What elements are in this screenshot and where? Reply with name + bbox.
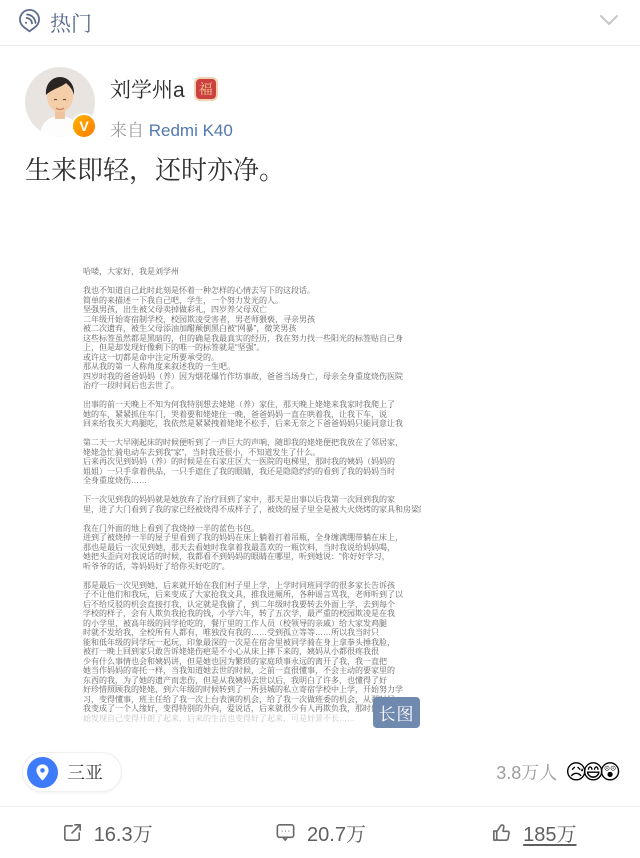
note-line [83,514,421,524]
note-line: 被二次遗弃，被生父母添油加醋颠倒黑白被“网暴”，微笑男孩 [83,324,421,334]
repost-icon [61,821,84,844]
chevron-down-icon[interactable] [594,9,624,36]
author-avatar[interactable]: V [25,67,95,137]
note-line: 上，但是却发现好像剩下的唯一的标签就是“坚强”。 [83,343,421,353]
note-line: 第二天一大早刚起床的时候便听到了一声巨大的声响，随即我的姥姥便把我放在了邻居家， [83,438,421,448]
note-line: 四岁时我的爸爸妈妈（养）因为烟花爆竹作坊事故，爸爸当场身亡，母亲全身重度烧伤医院 [83,372,421,382]
note-line: 姥姥急忙骑电动车去到我“家”，当时我还很小，不知道发生了什么。 [83,448,421,458]
note-line: 那是最后一次见到她，后来就开始在我们村子里上学，上学时同班同学的很多家长告诉孩 [83,581,421,591]
hot-location-icon [16,7,43,39]
reactions-count: 3.8万人 [496,759,557,785]
note-line: 始发现自己变得开朗了起来，后来的生活也变得好了起来，可是好景不长…… [83,714,421,724]
comment-icon [274,821,297,844]
author-block: 刘学州a 福 来自 Redmi K40 [110,74,233,141]
note-line: 哈喽，大家好，我是刘学州 [83,267,421,277]
source-prefix: 来自 [110,121,144,140]
note-line: 习，变得懂事，班主任给了我一次上台表演的机会，给了我一次做班委的机会，从那时候 [83,695,421,705]
location-pin-icon [27,757,58,788]
note-line: 里，进了大门看到了我的家已经被烧得不成样子了，被烧的屋子里全是被大火烧烤的家具和… [83,505,421,515]
note-line: 回来给我买大鸡腿吃，我依然是紧紧拽着姥姥不松手，后来无奈之下爸爸妈妈只能同意让我 [83,419,421,429]
note-text: 哈喽，大家好，我是刘学州我也不知道自己此时此刻是怀着一种怎样的心情去写下的这段话… [25,230,423,723]
note-line: 这些标签虽然都是黑暗的，但的确是我最真实的经历，我在努力找一些阳光的标签贴自己身 [83,334,421,344]
like-button[interactable]: 185万 [427,807,640,858]
note-line [83,486,421,496]
note-line: 好珍惜照顾我的姥姥，到六年级的时候转到了一所县城的私立寄宿学校中上学，开始努力学 [83,685,421,695]
note-line: 下一次见到我的妈妈就是她放弃了治疗回到了家中，那天是出事以后我第一次回到我的家 [83,495,421,505]
note-line: 后来再次见到妈妈（养）的时候是在石家庄区大一医院的电梯里，那时我的姨妈（妈妈的 [83,457,421,467]
note-line: 子不让他们和我玩，后来变成了大家抢我文具，推我进厕所，各种谣言骂我，老师听到了以 [83,590,421,600]
meta-row: 三亚 3.8万人 😥😄😲 [22,751,616,793]
repost-button[interactable]: 16.3万 [0,807,213,858]
post-long-image[interactable]: 哈喽，大家好，我是刘学州我也不知道自己此时此刻是怀着一种怎样的心情去写下的这段话… [25,230,423,731]
reactions-group[interactable]: 3.8万人 😥😄😲 [496,759,616,785]
note-line: 全身重度烧伤…… [83,476,421,486]
post-source: 来自 Redmi K40 [110,116,233,141]
laughing-emoji-icon: 😄 [582,761,599,784]
note-line: 坚强男孩，出生被父母卖掉做彩礼，四岁养父母双亡 [83,305,421,315]
repost-count: 16.3万 [94,818,153,847]
note-line: 后不给反驳的机会直接打我，认定就是我偷了，到二年级时我要转去外面上学，去到每个 [83,600,421,610]
location-pill[interactable]: 三亚 [22,752,122,792]
thumbs-up-icon [490,821,513,844]
note-line: 我在门外面的地上看到了我烧掉一半的蓝色书包。 [83,524,421,534]
post-text: 生来即轻，还时亦净。 [25,150,285,187]
action-bar: 16.3万 20.7万 185万 [0,807,640,858]
note-line: 我也不知道自己此时此刻是怀着一种怎样的心情去写下的这段话。 [83,286,421,296]
note-line: 少有什么事情也会和姨妈讲，但是她也因为繁琐的家庭琐事永远的离开了我，我一直把 [83,657,421,667]
note-line: 她的车，紧紧抓住车门，哭着要和姥姥住一晚，爸爸妈妈一直在哄着我，让我下车，说 [83,410,421,420]
note-line: 她当作妈妈的寄托一样，当我知道她去世的时候，之前一直很懂事，不会主动的要家里的 [83,666,421,676]
astonished-emoji-icon: 😲 [599,761,616,784]
note-line: 姐姐）一只手拿着供品，一只手遮住了我的眼睛，我还是隐隐约约的看到了我的妈妈当时 [83,467,421,477]
location-name: 三亚 [67,759,103,785]
note-line: 出事的前一天晚上不知为何我特别想去姥姥（养）家住，那天晚上姥姥来我家时我爬上了 [83,400,421,410]
note-line: 那从我的第一人称角度来叙述我的一生吧。 [83,362,421,372]
verified-icon: V [71,113,97,139]
sad-tear-emoji-icon: 😥 [565,761,582,784]
comment-count: 20.7万 [307,818,366,847]
note-line [83,571,421,581]
long-image-badge: 长图 [373,697,420,728]
author-name[interactable]: 刘学州a [110,74,185,104]
like-count: 185万 [523,818,576,847]
note-line: 时就不发给我，全校所有人都有，唯独没有我的……受到孤立等等……所以我当时只 [83,628,421,638]
note-line: 进到了被烧掉一半的屋子里看到了我的妈妈在床上躺着打着吊瓶，全身缠满绷带躺在床上， [83,533,421,543]
note-line: 的小学里，被高年级的同学抢吃的，餐厅里的工作人员（校领导的亲戚）给大家发鸡腿 [83,619,421,629]
top-bar: 热门 [0,0,640,46]
note-line: 治疗一段时间后也去世了。 [83,381,421,391]
reaction-emoji-icons: 😥😄😲 [565,760,616,785]
note-line: 二年级开始寄宿制学校，校园欺凌受害者，男老师猥亵，寻亲男孩 [83,315,421,325]
note-line [83,429,421,439]
note-line [83,391,421,401]
note-line: 或许这一切都是命中注定所要承受的。 [83,353,421,363]
note-line [83,277,421,287]
note-line: 听爷爷的话，等妈妈好了给你买好吃的”。 [83,562,421,572]
note-line: 东西的我，为了她的遗产而悲伤，但是从我姨妈去世以后，我明白了许多，也懂得了好 [83,676,421,686]
note-line: 能和低年级的同学玩一起玩，印象最深的一次是在宿舍里被同学骑在身上拿拳头捶我脸， [83,638,421,648]
note-line: 被打一晚上回到家只敢告诉姥姥伤疤是不小心从床上摔下来的，姨妈从小都很疼我很 [83,647,421,657]
source-device-link[interactable]: Redmi K40 [149,121,233,140]
comment-button[interactable]: 20.7万 [213,807,426,858]
note-line: 学校的样子，会有人欺负我抢我的钱，小学六年，转了五次学，最严重的校园欺凌是在我 [83,609,421,619]
note-line: 我变成了一个人缘好，变得特别的外向，爱说话，后来就很少有人再欺负我，那时候开 [83,704,421,714]
channel-title: 热门 [50,8,92,38]
note-line: 她把头歪向对我说话的时候，我都看不到妈妈的眼睛在哪里，听到她说：“你好好学习， [83,552,421,562]
fu-badge-icon: 福 [194,77,218,101]
weibo-post-page: 热门 V [0,0,640,858]
note-line: 那也是最后一次见到她，那天去看她时我拿着我最喜欢的一瓶饮料，当时我说给妈妈喝， [83,543,421,553]
note-line: 简单的来描述一下我自己吧，学生，一个努力发光的人。 [83,296,421,306]
